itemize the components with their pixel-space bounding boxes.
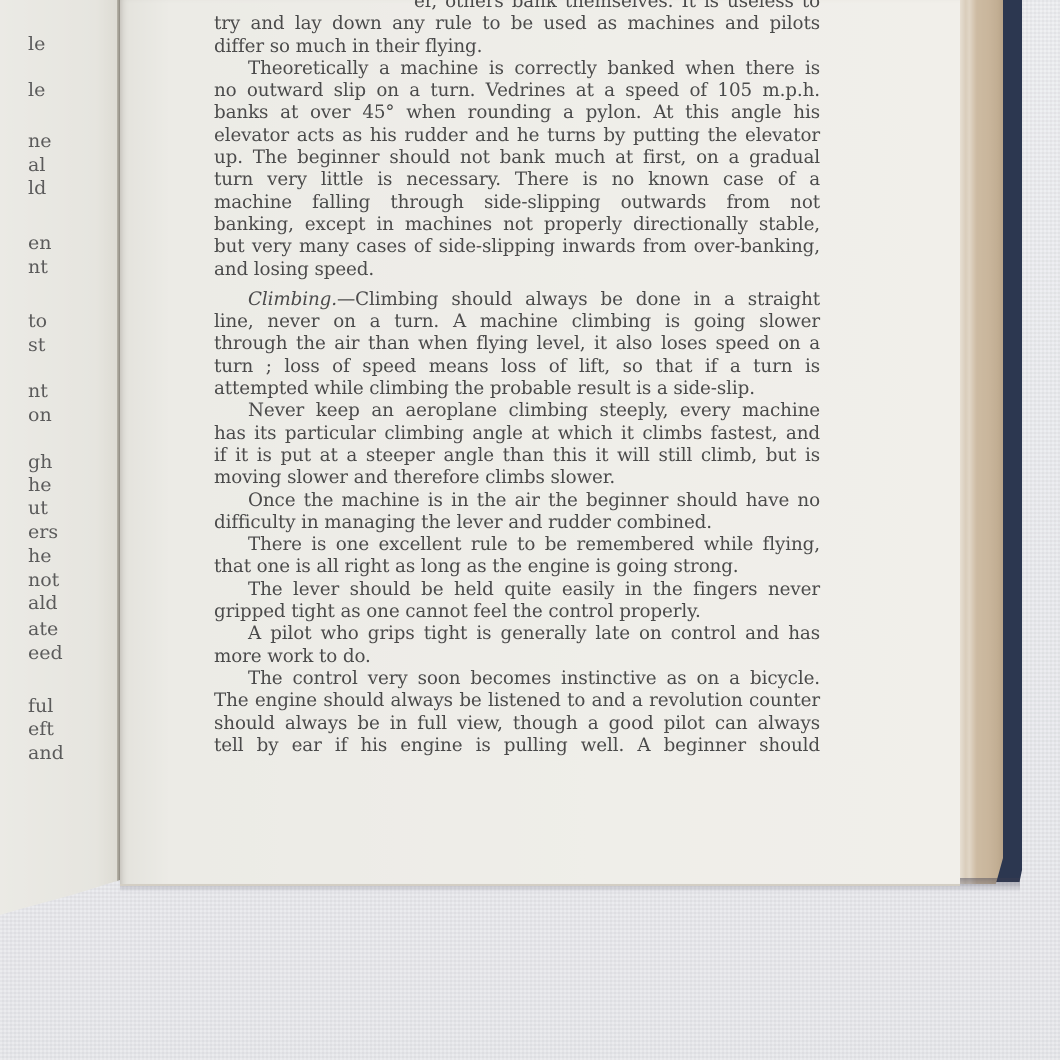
left-line-ending: ut — [28, 497, 48, 519]
left-line-ending: ful — [28, 695, 53, 717]
text-line: no outward slip on a turn. Vedrines at a… — [214, 80, 820, 102]
text-line: differ so much in their flying. — [214, 36, 820, 58]
left-line-ending: le — [28, 79, 45, 101]
text-line: line, never on a turn. A machine climbin… — [214, 311, 820, 333]
text-line: gripped tight as one cannot feel the con… — [214, 601, 820, 623]
text-line: through the air than when flying level, … — [214, 333, 820, 355]
left-line-ending: not — [28, 569, 59, 591]
left-line-ending: al — [28, 154, 45, 176]
left-line-ending: nt — [28, 380, 48, 402]
text-line: more work to do. — [214, 646, 820, 668]
left-line-ending: st — [28, 334, 45, 356]
left-line-ending: ne — [28, 130, 51, 152]
page-body-text: er, others bank themselves. It is useles… — [214, 0, 820, 757]
text-line: that one is all right as long as the eng… — [214, 556, 820, 578]
left-line-ending: ers — [28, 521, 58, 543]
page-bottom-edge — [120, 884, 960, 886]
text-line: The lever should be held quite easily in… — [214, 579, 820, 601]
text-line: The engine should always be listened to … — [214, 690, 820, 712]
text-line: has its particular climbing angle at whi… — [214, 423, 820, 445]
section-heading-climbing: Climbing. — [248, 289, 337, 311]
text-line: elevator acts as his rudder and he turns… — [214, 125, 820, 147]
text-line: try and lay down any rule to be used as … — [214, 13, 820, 35]
text-line: up. The beginner should not bank much at… — [214, 147, 820, 169]
text-line: machine falling through side-slipping ou… — [214, 192, 820, 214]
text-line: A pilot who grips tight is generally lat… — [214, 623, 820, 645]
text-line: Climbing.—Climbing should always be done… — [214, 289, 820, 311]
text-line: attempted while climbing the probable re… — [214, 378, 820, 400]
text-line: er, others bank themselves. It is useles… — [214, 0, 820, 13]
right-page: er, others bank themselves. It is useles… — [120, 0, 960, 886]
text-line: but very many cases of side-slipping inw… — [214, 236, 820, 258]
text-line: tell by ear if his engine is pulling wel… — [214, 735, 820, 757]
text-line: difficulty in managing the lever and rud… — [214, 512, 820, 534]
left-line-ending: eed — [28, 642, 63, 664]
left-line-ending: nt — [28, 256, 48, 278]
left-line-ending: to — [28, 310, 47, 332]
left-line-ending: he — [28, 474, 51, 496]
text-line-rest: —Climbing should always be done in a str… — [337, 289, 820, 311]
left-line-ending: he — [28, 545, 51, 567]
left-line-ending: on — [28, 404, 52, 426]
text-line: turn ; loss of speed means loss of lift,… — [214, 356, 820, 378]
left-line-ending: gh — [28, 451, 52, 473]
text-line: should always be in full view, though a … — [214, 713, 820, 735]
left-line-ending: ald — [28, 592, 58, 614]
text-line: moving slower and therefore climbs slowe… — [214, 467, 820, 489]
text-line: banks at over 45° when rounding a pylon.… — [214, 102, 820, 124]
text-line: Theoretically a machine is correctly ban… — [214, 58, 820, 80]
left-line-ending: ate — [28, 618, 58, 640]
left-line-ending: ld — [28, 177, 46, 199]
text-line: The control very soon becomes instinctiv… — [214, 668, 820, 690]
left-line-ending: eft — [28, 718, 54, 740]
left-line-ending: le — [28, 33, 45, 55]
left-line-ending: and — [28, 742, 64, 764]
text-line: and losing speed. — [214, 259, 820, 281]
text-line: There is one excellent rule to be rememb… — [214, 534, 820, 556]
text-line: turn very little is necessary. There is … — [214, 169, 820, 191]
text-line: if it is put at a steeper angle than thi… — [214, 445, 820, 467]
text-line: banking, except in machines not properly… — [214, 214, 820, 236]
text-line: Never keep an aeroplane climbing steeply… — [214, 400, 820, 422]
page-fore-edge — [955, 0, 1003, 884]
left-page: le le ne al ld en nt to st nt on gh he u… — [0, 0, 120, 915]
left-line-ending: en — [28, 232, 51, 254]
text-line: Once the machine is in the air the begin… — [214, 490, 820, 512]
